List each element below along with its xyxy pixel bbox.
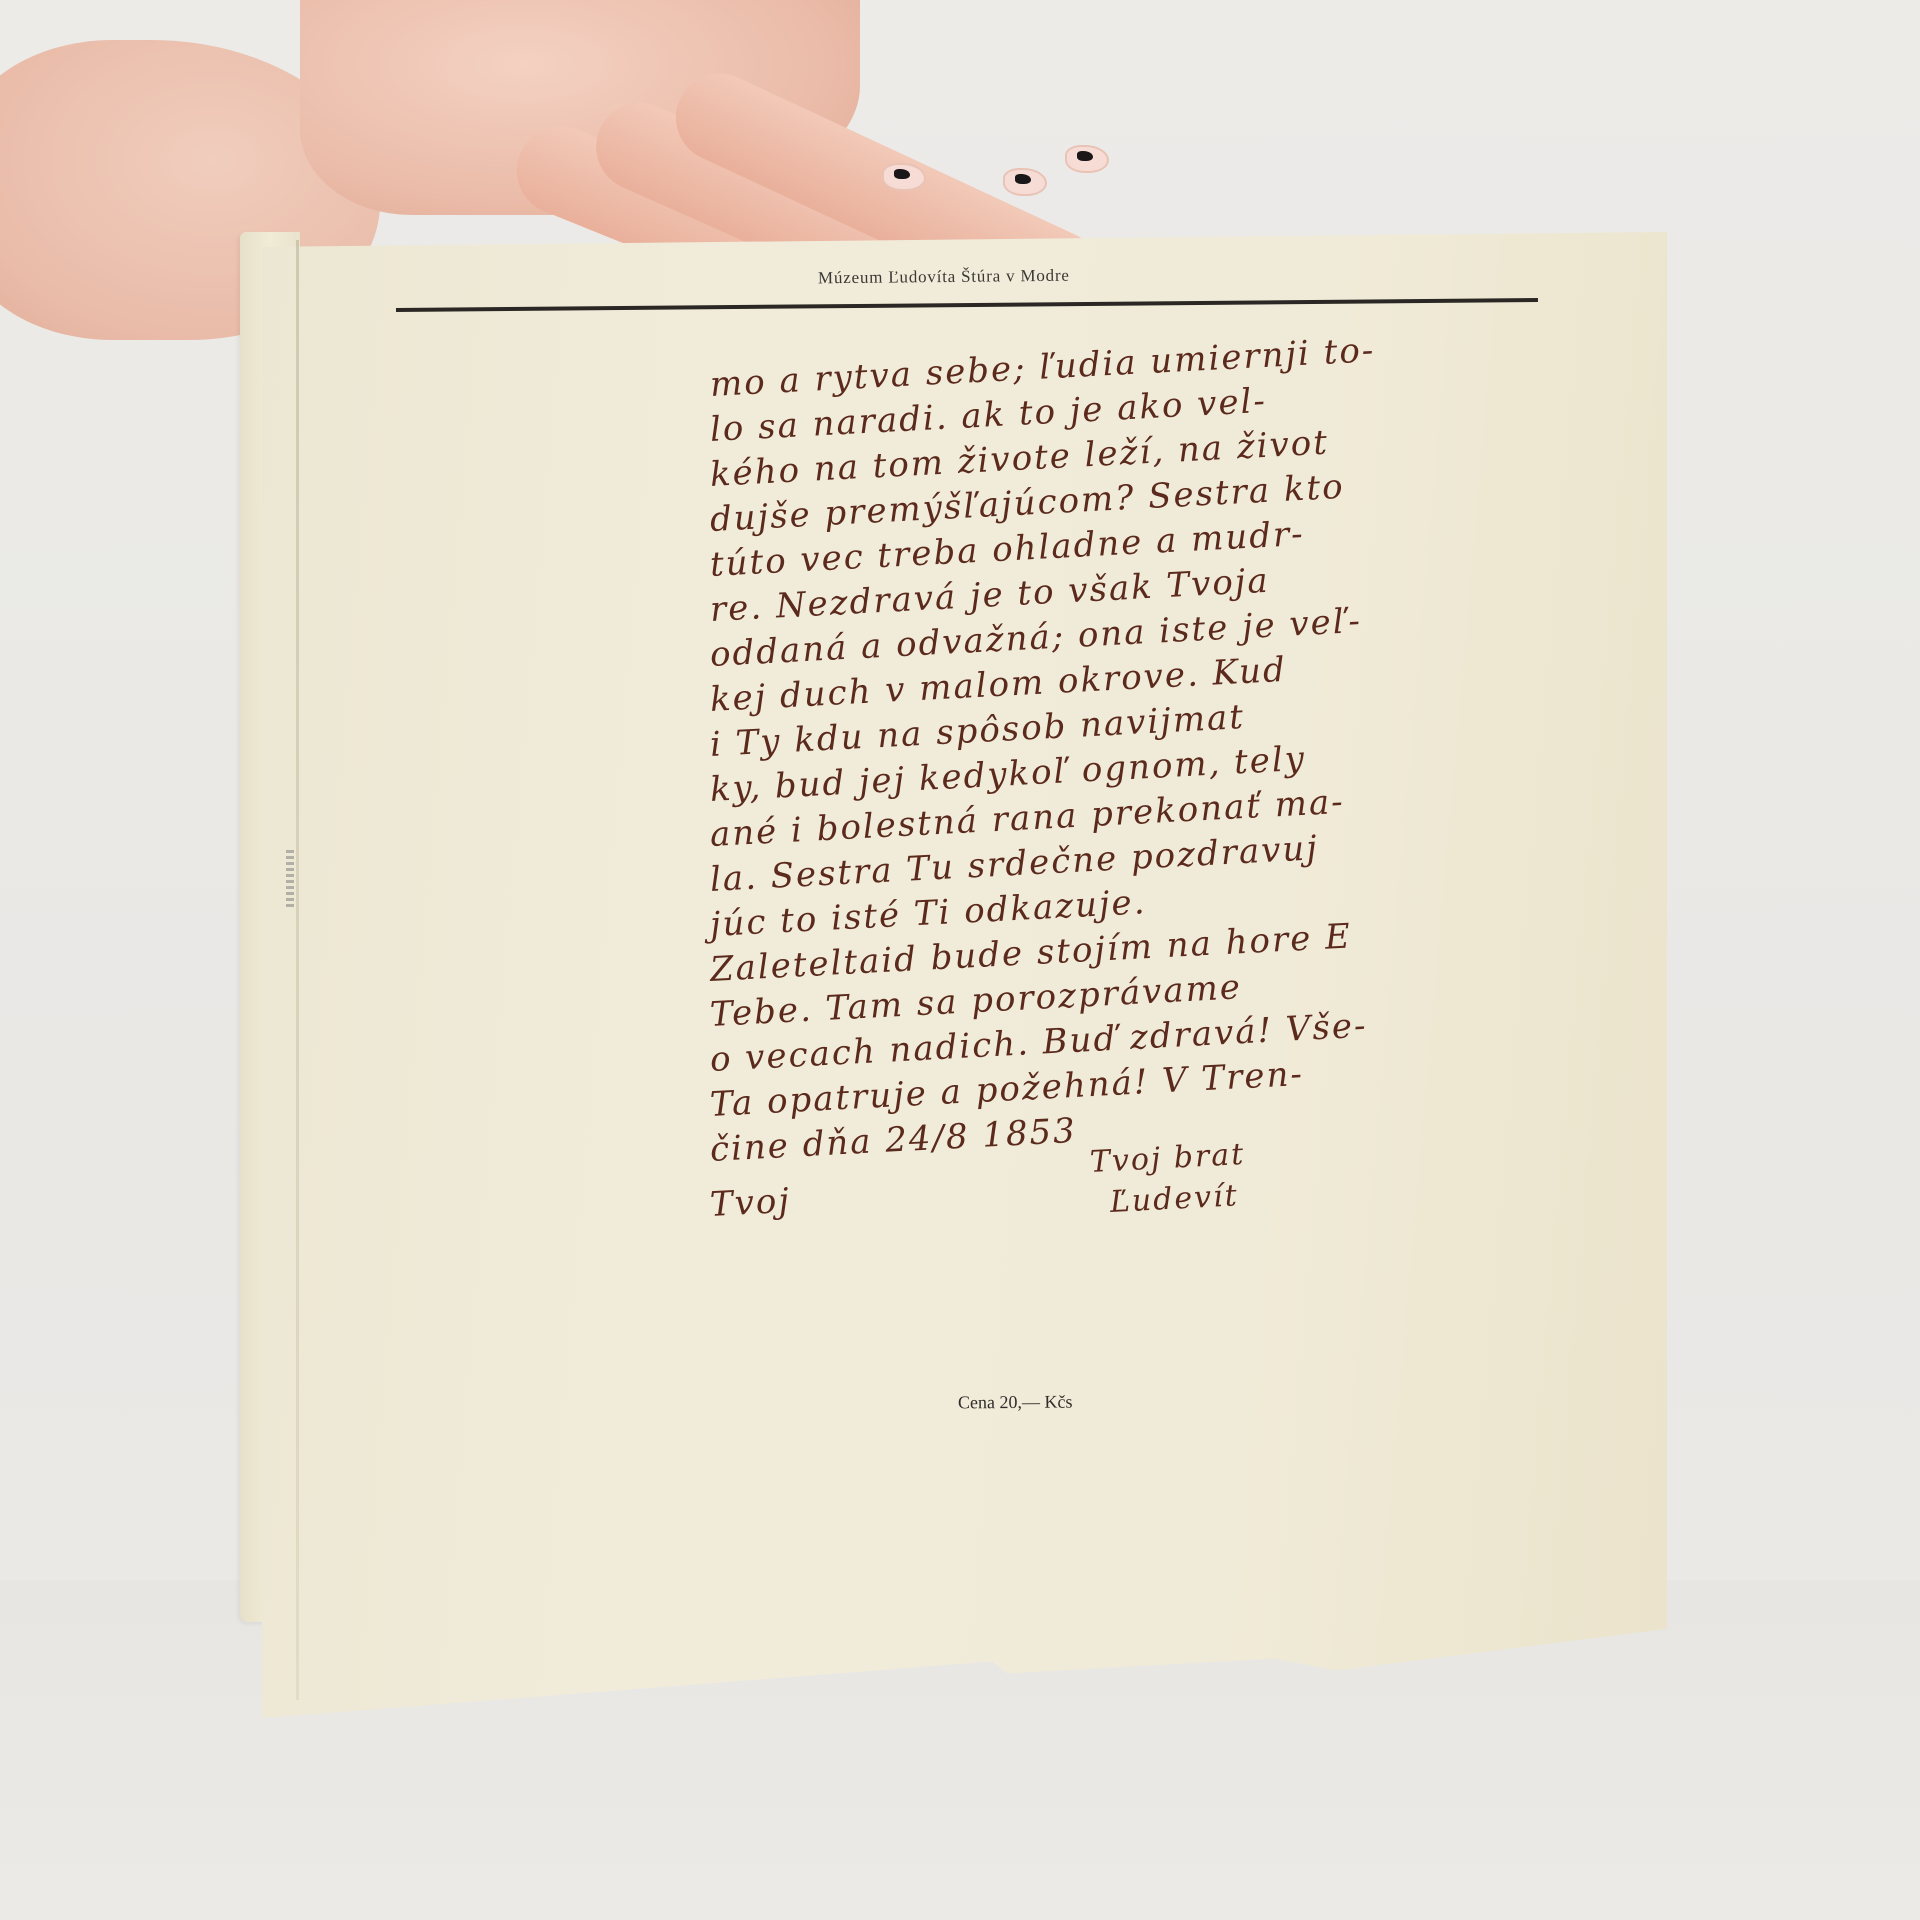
- signature-line-2: Ľudevít: [1109, 1178, 1239, 1220]
- fingernail: [882, 163, 926, 191]
- cover-fold: [296, 240, 299, 1700]
- price-label: Cena 20,— Kčs: [958, 1392, 1073, 1414]
- spine-scuff: [286, 850, 294, 910]
- handwritten-letter: mo a rytva sebe; ľudia umiernji to- lo s…: [710, 355, 1300, 1235]
- signature-line-1: Tvoj brat: [1089, 1137, 1246, 1180]
- letter-closing: Tvoj: [709, 1181, 792, 1225]
- fingernail: [1065, 145, 1109, 173]
- fingernail: [1003, 168, 1047, 196]
- museum-header: Múzeum Ľudovíta Štúra v Modre: [818, 266, 1070, 289]
